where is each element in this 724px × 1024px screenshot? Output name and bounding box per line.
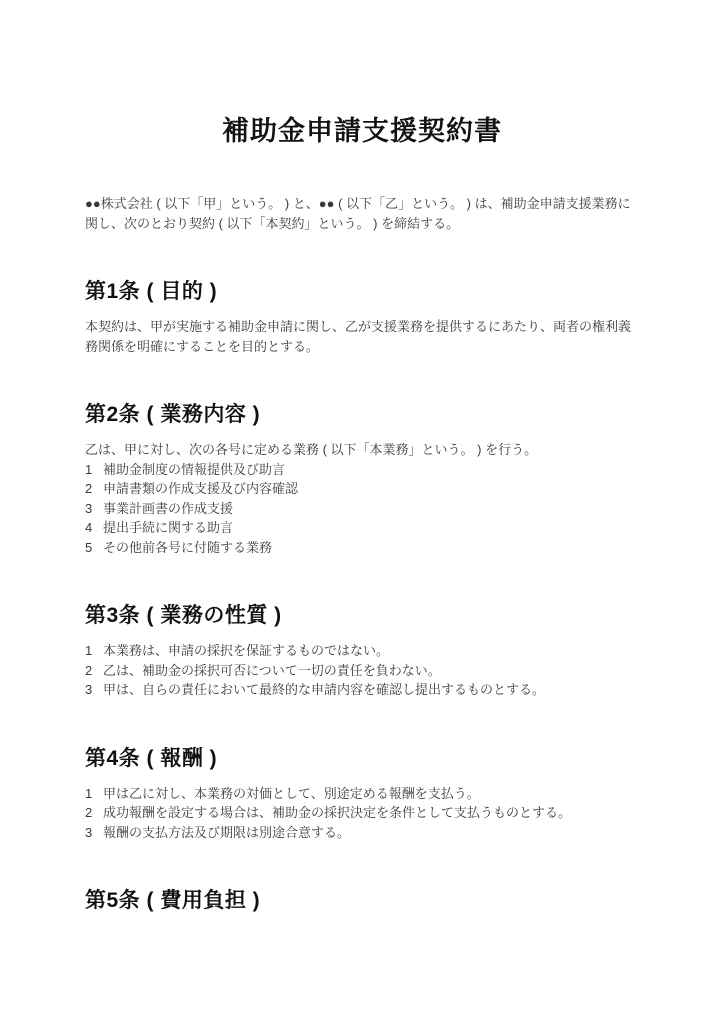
- clause-text: 申請書類の作成支援及び内容確認: [103, 479, 639, 499]
- article-1-heading: 第1条 ( 目的 ): [85, 279, 639, 305]
- clause-item: 2 乙は、補助金の採択可否について一切の責任を負わない。: [85, 661, 639, 681]
- preamble-paragraph: ●●株式会社 ( 以下「甲」という。 ) と、●● ( 以下「乙」という。 ) …: [85, 194, 639, 233]
- clause-item: 2 成功報酬を設定する場合は、補助金の採択決定を条件として支払うものとする。: [85, 803, 639, 823]
- clause-item: 1 本業務は、申請の採択を保証するものではない。: [85, 641, 639, 661]
- clause-text: その他前各号に付随する業務: [103, 538, 639, 558]
- article-section-2: 第2条 ( 業務内容 ) 乙は、甲に対し、次の各号に定める業務 ( 以下「本業務…: [85, 402, 639, 557]
- clause-item: 3 甲は、自らの責任において最終的な申請内容を確認し提出するものとする。: [85, 680, 639, 700]
- clause-text: 甲は乙に対し、本業務の対価として、別途定める報酬を支払う。: [103, 784, 639, 804]
- clause-text: 補助金制度の情報提供及び助言: [103, 460, 639, 480]
- clause-number: 5: [85, 538, 103, 558]
- clause-item: 4 提出手続に関する助言: [85, 518, 639, 538]
- clause-number: 2: [85, 661, 103, 681]
- article-3-heading: 第3条 ( 業務の性質 ): [85, 603, 639, 629]
- clause-number: 3: [85, 680, 103, 700]
- clause-item: 2 申請書類の作成支援及び内容確認: [85, 479, 639, 499]
- article-5-heading: 第5条 ( 費用負担 ): [85, 888, 639, 914]
- article-4-heading: 第4条 ( 報酬 ): [85, 746, 639, 772]
- article-1-body: 本契約は、甲が実施する補助金申請に関し、乙が支援業務を提供するにあたり、両者の権…: [85, 317, 639, 356]
- clause-number: 4: [85, 518, 103, 538]
- article-section-5: 第5条 ( 費用負担 ): [85, 888, 639, 914]
- clause-item: 5 その他前各号に付随する業務: [85, 538, 639, 558]
- article-2-clause-list: 1 補助金制度の情報提供及び助言 2 申請書類の作成支援及び内容確認 3 事業計…: [85, 460, 639, 558]
- article-4-clause-list: 1 甲は乙に対し、本業務の対価として、別途定める報酬を支払う。 2 成功報酬を設…: [85, 784, 639, 843]
- article-section-3: 第3条 ( 業務の性質 ) 1 本業務は、申請の採択を保証するものではない。 2…: [85, 603, 639, 700]
- document-title: 補助金申請支援契約書: [85, 115, 639, 148]
- clause-number: 2: [85, 479, 103, 499]
- clause-item: 3 事業計画書の作成支援: [85, 499, 639, 519]
- clause-number: 3: [85, 823, 103, 843]
- clause-item: 1 補助金制度の情報提供及び助言: [85, 460, 639, 480]
- article-2-lead: 乙は、甲に対し、次の各号に定める業務 ( 以下「本業務」という。 ) を行う。: [85, 440, 639, 460]
- article-section-1: 第1条 ( 目的 ) 本契約は、甲が実施する補助金申請に関し、乙が支援業務を提供…: [85, 279, 639, 356]
- clause-item: 1 甲は乙に対し、本業務の対価として、別途定める報酬を支払う。: [85, 784, 639, 804]
- clause-text: 乙は、補助金の採択可否について一切の責任を負わない。: [103, 661, 639, 681]
- clause-text: 提出手続に関する助言: [103, 518, 639, 538]
- clause-number: 1: [85, 641, 103, 661]
- clause-number: 3: [85, 499, 103, 519]
- article-section-4: 第4条 ( 報酬 ) 1 甲は乙に対し、本業務の対価として、別途定める報酬を支払…: [85, 746, 639, 843]
- article-3-clause-list: 1 本業務は、申請の採択を保証するものではない。 2 乙は、補助金の採択可否につ…: [85, 641, 639, 700]
- clause-text: 報酬の支払方法及び期限は別途合意する。: [103, 823, 639, 843]
- clause-number: 1: [85, 784, 103, 804]
- clause-text: 事業計画書の作成支援: [103, 499, 639, 519]
- clause-number: 1: [85, 460, 103, 480]
- clause-number: 2: [85, 803, 103, 823]
- article-2-heading: 第2条 ( 業務内容 ): [85, 402, 639, 428]
- clause-text: 甲は、自らの責任において最終的な申請内容を確認し提出するものとする。: [103, 680, 639, 700]
- clause-text: 成功報酬を設定する場合は、補助金の採択決定を条件として支払うものとする。: [103, 803, 639, 823]
- clause-text: 本業務は、申請の採択を保証するものではない。: [103, 641, 639, 661]
- contract-document-page: 補助金申請支援契約書 ●●株式会社 ( 以下「甲」という。 ) と、●● ( 以…: [0, 0, 724, 1024]
- clause-item: 3 報酬の支払方法及び期限は別途合意する。: [85, 823, 639, 843]
